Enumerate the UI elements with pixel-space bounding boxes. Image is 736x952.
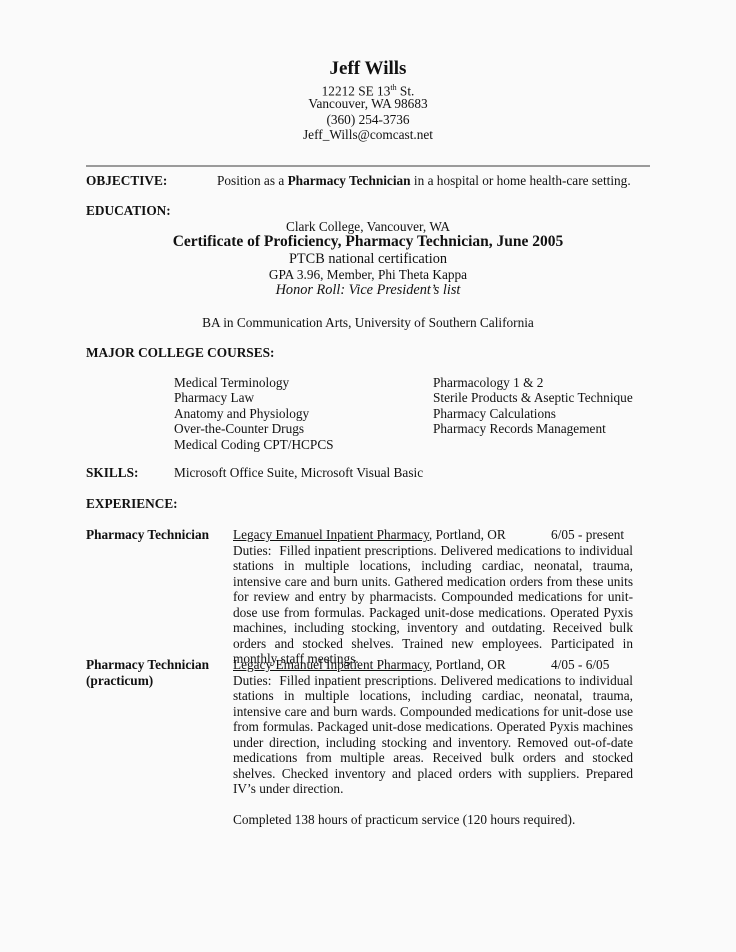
- duties-label: Duties:: [233, 543, 271, 558]
- job-header: Legacy Emanuel Inpatient Pharmacy, Portl…: [233, 657, 633, 673]
- duties-text: Filled inpatient prescriptions. Delivere…: [233, 543, 633, 667]
- job-dates: 6/05 - present: [551, 527, 624, 543]
- job-entry: Legacy Emanuel Inpatient Pharmacy, Portl…: [233, 657, 633, 827]
- job-header: Legacy Emanuel Inpatient Pharmacy, Portl…: [233, 527, 633, 543]
- header-divider: [86, 165, 650, 167]
- objective-text: Position as a Pharmacy Technician in a h…: [217, 173, 631, 189]
- job-duties: Duties:Filled inpatient prescriptions. D…: [233, 673, 633, 797]
- course-item: Anatomy and Physiology: [174, 406, 334, 421]
- duties-text: Filled inpatient prescriptions. Delivere…: [233, 673, 633, 797]
- education-degree: BA in Communication Arts, University of …: [0, 315, 736, 331]
- courses-left-column: Medical Terminology Pharmacy Law Anatomy…: [174, 375, 334, 452]
- job-location: , Portland, OR: [429, 657, 506, 672]
- skills-label: SKILLS:: [86, 465, 138, 481]
- practicum-note: Completed 138 hours of practicum service…: [233, 812, 633, 828]
- experience-label: EXPERIENCE:: [86, 496, 178, 512]
- job-entry: Legacy Emanuel Inpatient Pharmacy, Portl…: [233, 527, 633, 667]
- job-location: , Portland, OR: [429, 527, 506, 542]
- objective-role: Pharmacy Technician: [288, 173, 411, 188]
- job-title: Pharmacy Technician: [86, 527, 209, 543]
- phone: (360) 254-3736: [0, 112, 736, 128]
- employer-link[interactable]: Legacy Emanuel Inpatient Pharmacy: [233, 527, 429, 542]
- objective-text-before: Position as a: [217, 173, 288, 188]
- courses-right-column: Pharmacology 1 & 2 Sterile Products & As…: [433, 375, 633, 437]
- duties-label: Duties:: [233, 673, 271, 688]
- objective-label: OBJECTIVE:: [86, 173, 167, 189]
- objective-text-after: in a hospital or home health-care settin…: [411, 173, 631, 188]
- candidate-name: Jeff Wills: [0, 58, 736, 80]
- course-item: Sterile Products & Aseptic Technique: [433, 390, 633, 405]
- job-dates: 4/05 - 6/05: [551, 657, 609, 673]
- resume-page: Jeff Wills 12212 SE 13th St. Vancouver, …: [0, 0, 736, 952]
- skills-text: Microsoft Office Suite, Microsoft Visual…: [174, 465, 423, 481]
- course-item: Pharmacy Calculations: [433, 406, 633, 421]
- course-item: Medical Terminology: [174, 375, 334, 390]
- course-item: Medical Coding CPT/HCPCS: [174, 437, 334, 452]
- job-title-line: Pharmacy Technician: [86, 657, 209, 673]
- education-honor: Honor Roll: Vice President’s list: [0, 282, 736, 299]
- education-certification: PTCB national certification: [0, 251, 736, 268]
- job-duties: Duties:Filled inpatient prescriptions. D…: [233, 543, 633, 667]
- email[interactable]: Jeff_Wills@comcast.net: [0, 127, 736, 143]
- courses-label: MAJOR COLLEGE COURSES:: [86, 345, 274, 361]
- course-item: Pharmacology 1 & 2: [433, 375, 633, 390]
- course-item: Pharmacy Law: [174, 390, 334, 405]
- education-gpa: GPA 3.96, Member, Phi Theta Kappa: [0, 267, 736, 283]
- employer-link[interactable]: Legacy Emanuel Inpatient Pharmacy: [233, 657, 429, 672]
- course-item: Pharmacy Records Management: [433, 421, 633, 436]
- job-title-qualifier: (practicum): [86, 673, 209, 689]
- education-certificate: Certificate of Proficiency, Pharmacy Tec…: [0, 233, 736, 251]
- job-title-line: Pharmacy Technician: [86, 527, 209, 543]
- city-line: Vancouver, WA 98683: [0, 96, 736, 112]
- course-item: Over-the-Counter Drugs: [174, 421, 334, 436]
- education-label: EDUCATION:: [86, 203, 171, 219]
- job-title: Pharmacy Technician (practicum): [86, 657, 209, 688]
